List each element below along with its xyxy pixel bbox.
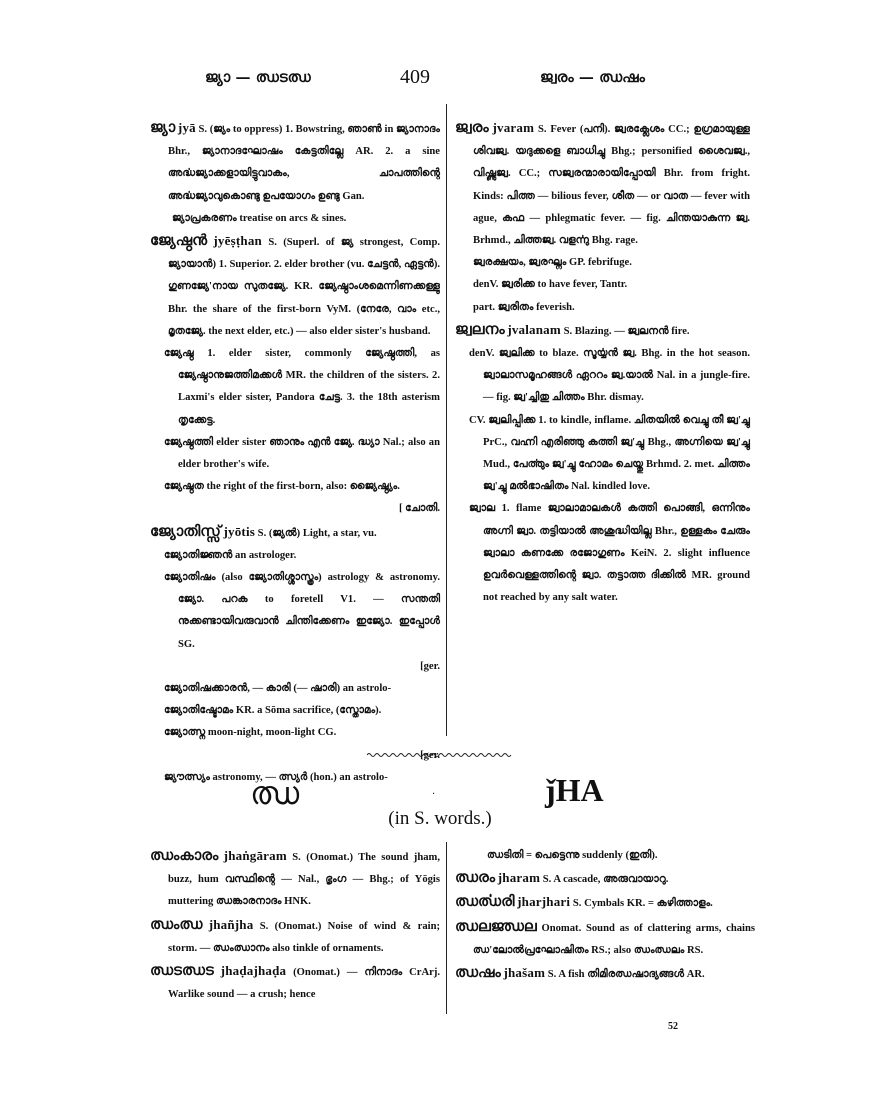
right-column: ജ്വരം jvaram S. Fever (പനി). ജ്വരക്ലേശം … <box>455 117 750 609</box>
sub-entry: ജ്വരക്ഷയം, ജ്വരഘ്നം GP. febrifuge. <box>455 252 750 274</box>
headword: ഝൎഝരി <box>455 894 514 910</box>
headword: ഝംകാരം <box>150 848 218 864</box>
sub-entry: ജ്യോതിഷക്കാരൻ, — കാരി (— ഷാരി) an astrol… <box>150 678 440 700</box>
entry-jhangaram: ഝംകാരം jhaṅgāram S. (Onomat.) The sound … <box>150 845 440 914</box>
headword: ഝഷം <box>455 965 501 981</box>
headword: ഝരം <box>455 870 495 886</box>
headword: ഝംഝ <box>150 917 202 933</box>
definition: S. A cascade, അരുവായാറു. <box>543 874 669 885</box>
running-head: ജ്യാ — ഝടഝ 409 ജ്വരം — ഝഷം <box>0 66 880 96</box>
transliteration: jhañjha <box>209 917 254 932</box>
entry-jvalanam: ജ്വലനം jvalanam S. Blazing. — ജ്വലനൻ fir… <box>455 319 750 343</box>
headword: ജ്യാ <box>150 120 175 136</box>
sub-entry: ജ്യോതിഷം (also ജ്യോതിശ്ശാസ്ത്രം) astrolo… <box>150 567 440 656</box>
sub-entry: CV. ജ്വലിപ്പിക്ക 1. to kindle, inflame. … <box>455 410 750 499</box>
dictionary-page: ജ്യാ — ഝടഝ 409 ജ്വരം — ഝഷം ജ്യാ jyā S. (… <box>0 0 880 1100</box>
page-number: 409 <box>400 66 430 89</box>
definition: S. Blazing. — ജ്വലനൻ fire. <box>564 326 690 337</box>
headword: ഝടഝട <box>150 963 214 979</box>
column-divider-bottom <box>446 842 447 1014</box>
transliteration: jyōtis <box>223 524 255 539</box>
sub-entry: denV. ജ്വലിക്ക to blaze. സൂൎയ്യൻ ജ്വ. Bh… <box>455 343 750 410</box>
transliteration: jharam <box>498 870 540 885</box>
sub-entry: ജ്യേഷ്ഠത്തി elder sister ഞാനും എൻ ജ്യേ. … <box>150 432 440 476</box>
bottom-right-column: ഝടിതി = പെട്ടെന്നു suddenly (ഇതി). ഝരം j… <box>455 845 755 986</box>
definition: S. (ജ്യൽ) Light, a star, vu. <box>258 528 377 539</box>
definition: S. Fever (പനി). ജ്വരക്ലേശം CC.; ഉഗ്രമായു… <box>473 124 750 246</box>
sub-entry: part. ജ്വരിതം feverish. <box>455 297 750 319</box>
entry-jvaram: ജ്വരം jvaram S. Fever (പനി). ജ്വരക്ലേശം … <box>455 117 750 252</box>
sub-entry: ജ്യേഷ്ഠത the right of the first-born, al… <box>150 476 440 498</box>
headword: ഝലജ്ഝല <box>455 919 537 935</box>
transliteration: jyā <box>178 120 196 135</box>
definition: S. Cymbals KR. = കഴിത്താളം. <box>573 898 713 909</box>
transliteration: jhašam <box>503 965 545 980</box>
headword: ജ്യേഷ്ഠൻ <box>150 233 207 249</box>
headword: ജ്വരം <box>455 120 489 136</box>
transliteration: jvaram <box>492 120 534 135</box>
margin-note: [ ചോതി. <box>150 498 440 520</box>
entry-jhadajhada: ഝടഝട jhaḍajhaḍa (Onomat.) — നിനാദം CrArj… <box>150 960 440 1006</box>
definition: S. A fish തിമിരഝഷാദ്യങ്ങൾ AR. <box>548 969 705 980</box>
entry-jya: ജ്യാ jyā S. (ജ്യം to oppress) 1. Bowstri… <box>150 117 440 208</box>
transliteration: jharjhari <box>517 894 570 909</box>
entry-jharam: ഝരം jharam S. A cascade, അരുവായാറു. <box>455 867 755 891</box>
entry-jyeshthan: ജ്യേഷ്ഠൻ jyēṣṭhan S. (Superl. of ജ്യ str… <box>150 230 440 343</box>
margin-note: [ger. <box>150 656 440 678</box>
definition: S. (Superl. of ജ്യ strongest, Comp. ജ്യാ… <box>168 237 440 337</box>
right-guide-word: ജ്വരം — ഝഷം <box>540 68 645 86</box>
entry-jhalajjhala: ഝലജ്ഝല Onomat. Sound as of clattering ar… <box>455 916 755 962</box>
transliteration: jhaḍajhaḍa <box>221 963 287 978</box>
sub-entry: ജ്വാല 1. flame ജ്വാലാമാലകൾ കത്തി പൊങ്ങി,… <box>455 498 750 609</box>
sub-entry: ജ്യോത്സ്ന moon-night, moon-light CG. <box>150 722 440 744</box>
sub-entry: ജ്യോതിഷ്ടോമം KR. a Sōma sacrifice, (സ്തോ… <box>150 700 440 722</box>
column-divider-top <box>446 104 447 736</box>
section-dot: · <box>432 789 435 800</box>
signature-mark: 52 <box>668 1021 678 1032</box>
entry-jyotis: ജ്യോതിസ്സ് jyōtis S. (ജ്യൽ) Light, a sta… <box>150 521 440 545</box>
headword: ജ്വലനം <box>455 322 505 338</box>
sub-entry: ജ്യാപ്രകരണം treatise on arcs & sines. <box>150 208 440 230</box>
headword: ജ്യോതിസ്സ് <box>150 524 221 540</box>
entry-jhasam: ഝഷം jhašam S. A fish തിമിരഝഷാദ്യങ്ങൾ AR. <box>455 962 755 986</box>
definition: S. (ജ്യം to oppress) 1. Bowstring, ഞാൺ i… <box>168 124 440 202</box>
continuation-line: ഝടിതി = പെട്ടെന്നു suddenly (ഇതി). <box>455 845 755 867</box>
transliteration: jyēṣṭhan <box>213 233 262 248</box>
entry-jharjhari: ഝൎഝരി jharjhari S. Cymbals KR. = കഴിത്താ… <box>455 891 755 915</box>
section-subtitle: (in S. words.) <box>0 808 880 830</box>
sub-entry: ജ്യേഷ്ഠ 1. elder sister, commonly ജ്യേഷ്… <box>150 343 440 432</box>
transliteration: jhaṅgāram <box>224 848 287 863</box>
sub-entry: ജ്യോതിജ്ഞൻ an astrologer. <box>150 545 440 567</box>
left-guide-word: ജ്യാ — ഝടഝ <box>205 68 311 86</box>
bottom-left-column: ഝംകാരം jhaṅgāram S. (Onomat.) The sound … <box>150 845 440 1006</box>
left-column: ജ്യാ jyā S. (ജ്യം to oppress) 1. Bowstri… <box>150 117 440 789</box>
section-letter-latin: ǰHA <box>545 772 604 809</box>
sub-entry: denV. ജ്വരിക്ക to have fever, Tantr. <box>455 274 750 296</box>
entry-jhanjha: ഝംഝ jhañjha S. (Onomat.) Noise of wind &… <box>150 914 440 960</box>
transliteration: jvalanam <box>507 322 561 337</box>
wavy-divider <box>367 751 513 759</box>
